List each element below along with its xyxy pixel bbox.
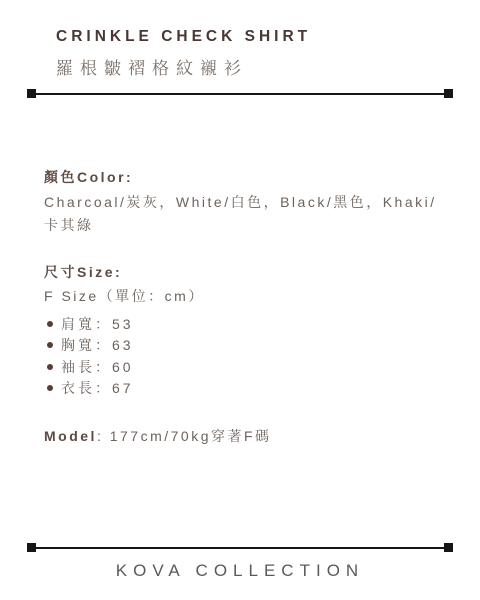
divider-right-square [444,89,453,98]
measurement-chest: 胸寬：63 [61,335,134,355]
measurement-shoulder: 肩寬：53 [61,314,134,334]
top-divider [27,89,453,98]
product-subtitle: 羅根皺褶格紋襯衫 [56,59,460,79]
bullet-icon [47,321,53,327]
product-description-card: CRINKLE CHECK SHIRT 羅根皺褶格紋襯衫 顏色Color: Ch… [0,0,480,600]
list-item: 肩寬：53 [47,313,474,335]
brand-footer: KOVA COLLECTION [0,560,480,581]
color-options-line-2: 卡其綠 [44,214,474,237]
measurement-length: 衣長：67 [61,378,134,398]
bullet-icon [47,385,53,391]
header: CRINKLE CHECK SHIRT 羅根皺褶格紋襯衫 [0,0,480,79]
model-label: Model [44,428,97,444]
measurement-sleeve: 袖長：60 [61,357,134,377]
divider-right-square [444,543,453,552]
list-item: 衣長：67 [47,378,474,400]
color-heading: 顏色Color: [44,168,474,186]
model-info: : 177cm/70kg穿著F碼 [97,428,272,444]
divider-line [36,93,444,95]
size-note: F Size（單位：cm） [44,286,474,306]
bullet-icon [47,342,53,348]
divider-left-square [27,543,36,552]
measurement-list: 肩寬：53 胸寬：63 袖長：60 衣長：67 [44,313,474,399]
divider-line [36,547,444,549]
model-info-line: Model: 177cm/70kg穿著F碼 [44,427,474,445]
size-heading: 尺寸Size: [44,263,474,281]
product-details: 顏色Color: Charcoal/炭灰，White/白色，Black/黑色，K… [0,168,480,445]
list-item: 胸寬：63 [47,335,474,357]
product-title: CRINKLE CHECK SHIRT [56,27,460,46]
bottom-divider [27,543,453,552]
color-options: Charcoal/炭灰，White/白色，Black/黑色，Khaki/ 卡其綠 [44,191,474,237]
list-item: 袖長：60 [47,356,474,378]
color-options-line-1: Charcoal/炭灰，White/白色，Black/黑色，Khaki/ [44,191,474,214]
divider-left-square [27,89,36,98]
bullet-icon [47,364,53,370]
